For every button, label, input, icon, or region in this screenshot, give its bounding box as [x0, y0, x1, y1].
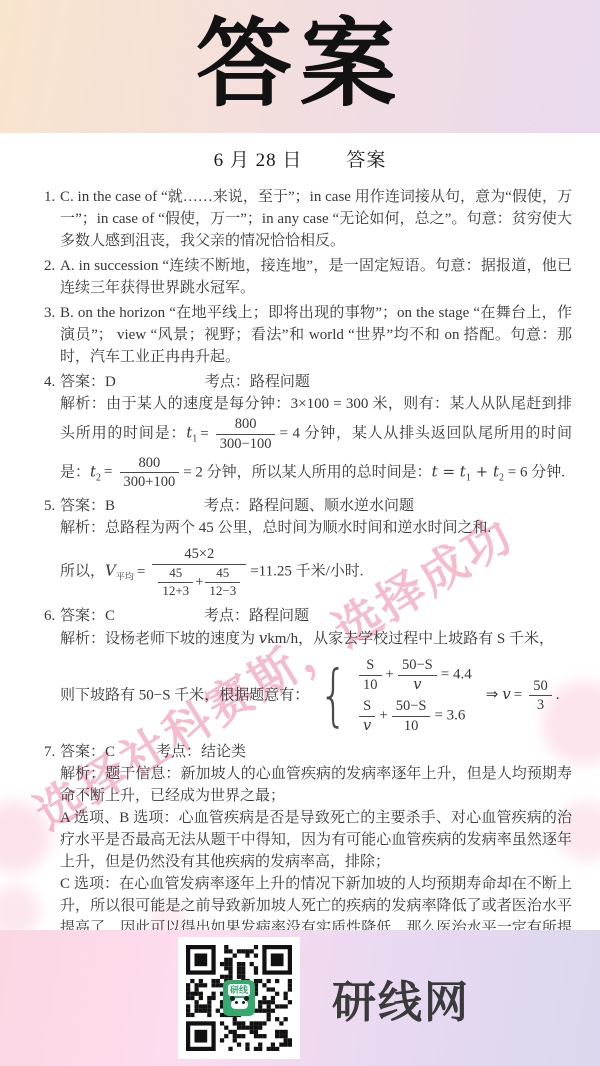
fraction: 4512+3 [158, 566, 193, 599]
fraction-numerator: 50−S [398, 657, 437, 676]
answer-topic-row: 答案：C考点：结论类 [60, 741, 572, 763]
topic-value: 路程问题 [249, 608, 309, 624]
fraction-numerator: 800 [216, 416, 276, 435]
fraction-denominator: v [398, 676, 437, 694]
fraction-denominator: 300+100 [120, 473, 180, 491]
answer-letter: D [105, 374, 117, 390]
option-ab-paragraph: A 选项、B 选项：心血管疾病是否是导致死亡的主要杀手、对心血管疾病的治疗水平是… [60, 807, 572, 873]
item-number: 3. [26, 302, 60, 368]
equals-sign: = [104, 464, 112, 480]
math-var: v [502, 685, 510, 703]
date-suffix: 答案 [346, 150, 386, 171]
fraction: 50−S10 [392, 698, 431, 734]
conclusion: ⇒v=503. [482, 687, 560, 703]
answer-topic-row: 答案：C考点：路程问题 [60, 605, 572, 627]
average-speed-formula: 所以，V平均=45×24512+3+4512−3=11.25 千米/小时. [60, 545, 572, 600]
item-number: 2. [26, 255, 60, 299]
fraction: Sv [359, 698, 375, 734]
analysis-paragraph: 解析：设杨老师下坡的速度为 vkm/h，从家去学校过程中上坡路有 S 千米， [60, 627, 572, 650]
footer-banner: 研线 研线网 [0, 930, 600, 1066]
answer-letter: B [105, 498, 116, 514]
analysis-text: 总路程为两个 45 公里，总时间为顺水时间和逆水时间之和. [105, 520, 491, 536]
qr-code: 研线 [178, 937, 300, 1059]
equation-system-row: 则下坡路有 50−S 千米，根据题意有：{S10+50−Sv= 4.4Sv+50… [60, 656, 572, 736]
fraction-numerator: S [359, 698, 375, 717]
fraction-denominator: 12+3 [158, 583, 193, 599]
implies-arrow: ⇒ [486, 685, 499, 703]
analysis-paragraph: 解析：总路程为两个 45 公里，总时间为顺水时间和逆水时间之和. [60, 517, 572, 539]
analysis-label: 解析： [60, 520, 105, 536]
fraction-denominator: 12−3 [205, 583, 240, 599]
fraction: 50−Sv [398, 657, 437, 693]
analysis-label: 解析： [60, 396, 106, 412]
period: . [556, 687, 560, 703]
item-number: 5. [26, 495, 60, 602]
fraction: 4512−3 [205, 566, 240, 599]
formula-unit: 千米/小时. [296, 564, 364, 580]
item-body: C. in the case of “就……来说，至于”；in case 用作连… [60, 186, 574, 252]
topic-label: 考点： [204, 498, 249, 514]
formula-result: =11.25 [250, 564, 292, 580]
fraction: 800300+100 [120, 455, 180, 491]
left-brace: { [319, 667, 348, 724]
topic-label: 考点： [204, 608, 249, 624]
answer-item-1: 1. C. in the case of “就……来说，至于”；in case … [26, 186, 574, 252]
math-sub: 1 [192, 434, 197, 445]
analysis-label: 解析： [60, 631, 105, 647]
answer-label: 答案： [60, 374, 105, 390]
plus-sign: + [386, 667, 394, 683]
analysis-paragraph: 解析：由于某人的速度是每分钟：3×100 = 300 米，则有：某人从队尾赶到排… [60, 393, 572, 492]
analysis-text: km/h，从家去学校过程中上坡路有 S 千米， [267, 631, 554, 647]
plus-sign: + [379, 708, 387, 724]
item-body: 答案：C考点：结论类 解析：题干信息：新加坡人的心血管疾病的发病率逐年上升，但是… [60, 741, 574, 930]
answer-item-4: 4. 答案：D考点：路程问题 解析：由于某人的速度是每分钟：3×100 = 30… [26, 371, 574, 492]
math-expression: + t [471, 462, 499, 480]
analysis-label: 解析： [60, 766, 105, 782]
item-number: 4. [26, 371, 60, 492]
fraction-numerator: 45 [205, 566, 240, 583]
analysis-text: = 6 分钟. [504, 464, 565, 480]
date-line: 6 月 28 日答案 [26, 145, 574, 172]
answer-topic-row: 答案：D考点：路程问题 [60, 371, 572, 393]
date-text: 6 月 28 日 [214, 150, 303, 171]
fraction-numerator: 50−S [392, 698, 431, 717]
answer-sheet: 6 月 28 日答案 1. C. in the case of “就……来说，至… [0, 133, 600, 930]
item-body: A. in succession “连续不断地，接连地”，是一固定短语。句意：据… [60, 255, 574, 299]
option-c-paragraph: C 选项：在心血管发病率逐年上升的情况下新加坡的人均预期寿命却在不断上升，所以很… [60, 873, 572, 930]
equation-system: {S10+50−Sv= 4.4Sv+50−S10= 3.6 [313, 656, 471, 736]
item-body: 答案：B考点：路程问题、顺水逆水问题 解析：总路程为两个 45 公里，总时间为顺… [60, 495, 574, 602]
math-var: V [105, 562, 116, 580]
math-sub: 2 [96, 472, 101, 483]
equation-rhs: = 3.6 [434, 708, 465, 724]
answer-label: 答案： [60, 498, 105, 514]
equals-sign: = [137, 564, 145, 580]
fraction: 800300−100 [216, 416, 276, 452]
item-body: 答案：D考点：路程问题 解析：由于某人的速度是每分钟：3×100 = 300 米… [60, 371, 574, 492]
qr-center-badge: 研线 [223, 980, 255, 1016]
item-number: 1. [26, 186, 60, 252]
item-body: 答案：C考点：路程问题 解析：设杨老师下坡的速度为 vkm/h，从家去学校过程中… [60, 605, 574, 738]
math-sub: 平均 [116, 572, 134, 582]
panda-icon [231, 998, 248, 1009]
math-var: v [259, 629, 267, 647]
analysis-text: = 2 分钟，所以某人所用的总时间是： [183, 464, 431, 480]
answer-list: 1. C. in the case of “就……来说，至于”；in case … [26, 186, 574, 930]
fraction-denominator: 4512+3+4512−3 [152, 565, 246, 599]
answer-topic-row: 答案：B考点：路程问题、顺水逆水问题 [60, 495, 572, 517]
item-number: 7. [26, 741, 60, 930]
page: 答案 6 月 28 日答案 1. C. in the case of “就……来… [0, 0, 600, 1066]
item-number: 6. [26, 605, 60, 738]
equation-rhs: = 4.4 [441, 667, 472, 683]
fraction-numerator: S [359, 657, 382, 676]
math-expression: t = t [432, 462, 466, 480]
panda-eyes [235, 1001, 238, 1004]
fraction-denominator: 300−100 [216, 435, 276, 453]
analysis-text: 设杨老师下坡的速度为 [105, 631, 259, 647]
answer-item-7: 7. 答案：C考点：结论类 解析：题干信息：新加坡人的心血管疾病的发病率逐年上升… [26, 741, 574, 930]
equals-sign: = [200, 426, 208, 442]
page-title: 答案 [196, 17, 404, 113]
answer-label: 答案： [60, 744, 105, 760]
answer-item-6: 6. 答案：C考点：路程问题 解析：设杨老师下坡的速度为 vkm/h，从家去学校… [26, 605, 574, 738]
analysis-text: 题干信息：新加坡人的心血管疾病的发病率逐年上升，但是人均预期寿命不断上升，已经成… [60, 766, 572, 804]
brand-name: 研线网 [332, 966, 470, 1030]
answer-letter: C [105, 608, 116, 624]
equations: S10+50−Sv= 4.4Sv+50−S10= 3.6 [355, 656, 472, 736]
header-banner: 答案 [0, 0, 600, 133]
nested-fraction: 45×24512+3+4512−3 [152, 546, 246, 599]
fraction-numerator: 800 [120, 455, 180, 474]
answer-item-2: 2. A. in succession “连续不断地，接连地”，是一固定短语。句… [26, 255, 574, 299]
fraction-numerator: 45 [158, 566, 193, 583]
topic-label: 考点： [156, 744, 201, 760]
fraction-denominator: 10 [359, 676, 382, 694]
fraction-numerator: 50 [529, 678, 552, 697]
fraction: S10 [359, 657, 382, 693]
topic-value: 路程问题、顺水逆水问题 [249, 498, 414, 514]
analysis-paragraph: 解析：题干信息：新加坡人的心血管疾病的发病率逐年上升，但是人均预期寿命不断上升，… [60, 763, 572, 807]
topic-label: 考点： [205, 374, 250, 390]
item-body: B. on the horizon “在地平线上；即将出现的事物”；on the… [60, 302, 574, 368]
answer-item-5: 5. 答案：B考点：路程问题、顺水逆水问题 解析：总路程为两个 45 公里，总时… [26, 495, 574, 602]
fraction: 503 [529, 678, 552, 714]
equation-1: S10+50−Sv= 4.4 [355, 656, 472, 694]
fraction-denominator: v [359, 717, 375, 735]
fraction-denominator: 3 [529, 696, 552, 714]
answer-letter: C [105, 744, 116, 760]
fraction-denominator: 10 [392, 717, 431, 735]
formula-lead-text: 所以， [60, 564, 105, 580]
plus-sign: + [195, 574, 203, 590]
answer-label: 答案： [60, 608, 105, 624]
qr-badge-label: 研线 [228, 984, 250, 996]
fraction-numerator: 45×2 [152, 546, 246, 565]
formula-lead-text: 则下坡路有 50−S 千米，根据题意有： [60, 687, 309, 703]
equals-sign: = [514, 687, 522, 703]
topic-value: 路程问题 [250, 374, 310, 390]
topic-value: 结论类 [201, 744, 246, 760]
equation-2: Sv+50−S10= 3.6 [355, 697, 472, 735]
answer-item-3: 3. B. on the horizon “在地平线上；即将出现的事物”；on … [26, 302, 574, 368]
